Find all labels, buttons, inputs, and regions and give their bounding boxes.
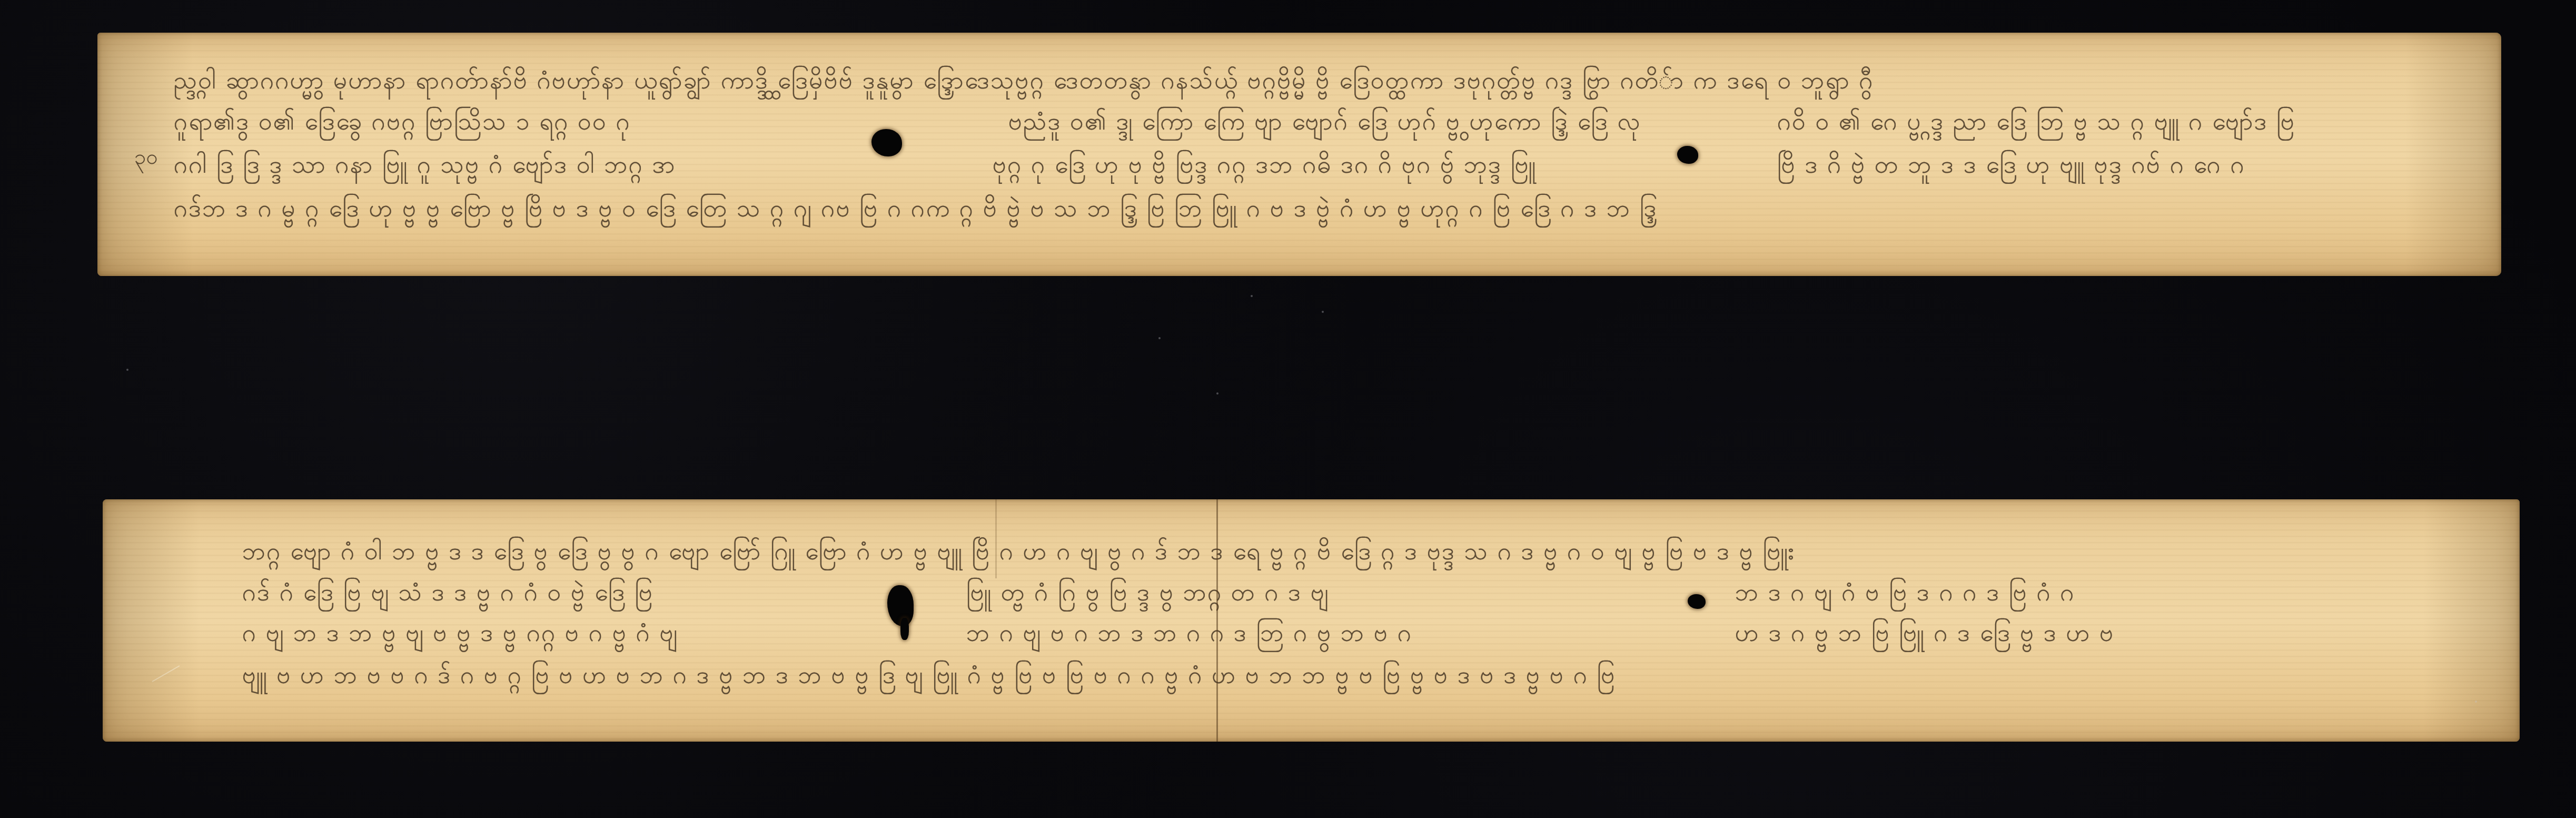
lint-speck bbox=[126, 369, 128, 371]
lint-speck bbox=[1251, 295, 1253, 297]
leaf-text-line-2-left: ဂူရာ၏ဒွ ဝ၏ ဒြေခွေ ဂဗဂ္ဂ ဗြာသြိသ ၁ ရဂ္ဂ ဝ… bbox=[174, 106, 631, 142]
leaf-text-line-3-left: ဂဂါ ဒြ ဒြ ဒ္ဒ သာ ဂနာ ဗြူ ဂူ သုဗ္ဗ ဂံ ဗျေ… bbox=[174, 150, 676, 185]
leaf-scratch bbox=[152, 665, 180, 682]
leaf-text-line-3-middle: ဗုဂ္ဂ ဂု ဒြေ ဟု ဗု ဗ္ဗိ ဗြဒ္ဒ ဂဂ္ဂ ဒဘ ဂဓ… bbox=[993, 150, 1537, 185]
leaf-text-line-2-right: ဂဝိ ဝ ၏ ဂေ ပ္ဗ္ဂ ဒ္ဒ ညာ ဒြေ ဘြ ဗ္ဗ သ ဂ္ဂ… bbox=[1777, 106, 2295, 142]
string-hole-left bbox=[887, 585, 914, 626]
lint-speck bbox=[1322, 311, 1324, 313]
string-hole-right bbox=[1677, 146, 1698, 164]
photo-stage: ၃၀ ည္ဒ္ဂဝါ ဆွာဂဂဟ္မွာ မုဟာနာ ရာဂတ်ာနာ်ဗိ… bbox=[0, 0, 2576, 818]
string-hole-left bbox=[871, 129, 902, 156]
leaf-text-line-3-right: ဟ ဒ ဂ ဗ္ဗ ဘ ဗြ ဗြူ ဂ ဒ ဒြေ ဗ္ဗ ဒ ဟ ဗ bbox=[1735, 618, 2115, 653]
lint-speck bbox=[2475, 701, 2477, 703]
folio-number: ၃၀ bbox=[134, 143, 158, 174]
leaf-text-line-3-right: ဗြိ ဒ ဂိ ဗ္ဗဲ တ ဘူ ဒ ဒ ဒြေ ဟု ဗျူ ဗုဒ္ဒ … bbox=[1777, 150, 2245, 185]
leaf-text-line-3-left: ဂ ဗျ ဘ ဒ ဘ ဗ္ဗ ဗျ ဗ ဗ္ဗ ဒ ဗ္ဗ ဂဂ္ဂ ဗ ဂ ဗ… bbox=[242, 618, 678, 653]
leaf-text-line-1: ည္ဒ္ဂဝါ ဆွာဂဂဟ္မွာ မုဟာနာ ရာဂတ်ာနာ်ဗိ ဂံ… bbox=[174, 65, 1874, 101]
leaf-crack bbox=[1216, 499, 1218, 742]
palm-leaf-bottom: ဘဂ္ဂ ဗျော ဂံ ဝါ ဘ ဗ္ဗ ဒ ဒ ဒြေ ဗွ ဒြေ ဗွ … bbox=[103, 499, 2520, 742]
leaf-text-line-2-left: ဂဒ် ဂံ ဒြေ ဗြ ဗျ သံ ဒ ဒ ဗ္ဗ ဂ ဂံ ဝ ဗ္ဗဲ … bbox=[242, 577, 653, 613]
leaf-text-line-4: ဂဒ်ဘ ဒ ဂ မ္ဗ ဂ္ဂ ဒြေ ဟု ဗ္ဗ ဗ္ဗ ဗြော ဗ္ဗ… bbox=[174, 193, 1658, 229]
leaf-text-line-3-middle: ဘ ဂ ဗျ ဗ ဂ ဘ ဒ ဘ ဂ ဂ ဒ ဘြ ဂ ဗွ ဘ ဗ ဂ bbox=[966, 618, 1412, 653]
leaf-text-line-2-middle: ဗြူ တ္ဗ ဂံ ဂြ ဗွ ဗြ ဒ္ဒ ဗွ ဘဂ္ဂ တ ဂ ဒ ဗျ bbox=[966, 577, 1330, 613]
string-hole-right bbox=[1688, 594, 1706, 609]
lint-speck bbox=[1216, 392, 1218, 395]
leaf-crack-minor bbox=[995, 499, 997, 578]
leaf-text-line-2-middle: ဗညံဒူ ဝ၏ ဒ္ဒု ကြော ကြေ ဗျာ ဗျောဂ် ဒြေ ဟု… bbox=[1008, 106, 1641, 142]
palm-leaf-top: ၃၀ ည္ဒ္ဂဝါ ဆွာဂဂဟ္မွာ မုဟာနာ ရာဂတ်ာနာ်ဗိ… bbox=[97, 33, 2501, 276]
leaf-text-line-2-right: ဘ ဒ ဂ ဗျ ဂံ ဗ ဗြ ဒ ဂ ဂ ဒ ဗြ ဂံ ဂ bbox=[1735, 577, 2075, 613]
string-hole-left-tear bbox=[900, 618, 909, 640]
lint-speck bbox=[1158, 337, 1161, 339]
leaf-text-line-4: ဗျူ ဗ ဟ ဘ ဗ ဗ ဂ ဒ် ဂ ဗ ဂ္ဂ ဗြ ဗ ဟ ဗ ဘ ဂ … bbox=[242, 660, 1616, 695]
leaf-text-line-1: ဘဂ္ဂ ဗျော ဂံ ဝါ ဘ ဗ္ဗ ဒ ဒ ဒြေ ဗွ ဒြေ ဗွ … bbox=[242, 536, 1795, 571]
